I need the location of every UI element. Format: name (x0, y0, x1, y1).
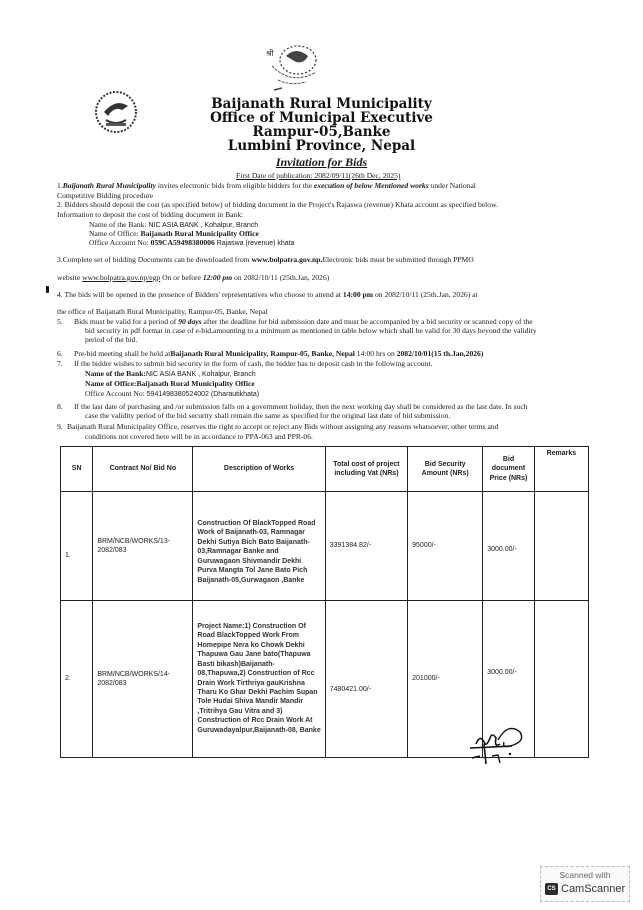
municipal-seal-icon: श्री (258, 38, 332, 98)
office-value: Baijanath Rural Municipality Office (141, 229, 259, 238)
p4-text: 4. The bids will be opened in the presen… (57, 290, 343, 299)
paragraph-4: 4. The bids will be opened in the presen… (57, 290, 478, 300)
paragraph-3: 3.Complete set of bidding Documents can … (57, 255, 474, 265)
p3-website-label: website (57, 273, 82, 282)
p5-text: Bids must be valid for a period of (74, 317, 178, 326)
header-description: Description of Works (193, 447, 325, 492)
cash-account-value: 5941498380524002 (Dharautikhata) (147, 391, 259, 398)
bids-table: SN Contract No/ Bid No Description of Wo… (60, 446, 589, 758)
header-bid-security: Bid Security Amount (NRs) (408, 447, 483, 492)
header-bid-doc-price: Bid document Price (NRs) (483, 447, 535, 492)
cash-office-line: Name of Office:Baijanath Rural Municipal… (85, 379, 255, 389)
account-label: Office Account No: (89, 238, 151, 247)
p5-text-end: after the deadline for bid submission da… (202, 317, 533, 326)
p5-days: 90 days (178, 317, 201, 326)
cash-office-value: Baijanath Rural Municipality Office (136, 379, 254, 388)
p4-time: 14:00 pm (343, 290, 373, 299)
p1-municipality: Baijanath Rural Municipality (63, 181, 156, 190)
paragraph-5-line2: bid security in pdf format in case of e-… (85, 326, 537, 336)
p3-deadline-date: on 2082/10/11 (25th.Jan, 2026) (232, 273, 329, 282)
province-name: Lumbini Province, Nepal (0, 138, 643, 154)
paragraph-2-info: Information to deposit the cost of biddi… (57, 210, 243, 220)
p5-number: 5. (57, 317, 63, 327)
signature-icon (462, 722, 532, 768)
cash-bank-label: Name of the Bank: (85, 369, 146, 378)
p7-number: 7. (57, 359, 63, 369)
table-row: 1. BRM/NCB/WORKS/13-2082/083 Constructio… (61, 492, 589, 601)
document-title: Invitation for Bids (0, 155, 643, 170)
p3-deadline-text: On or before (160, 273, 203, 282)
bolpatra-site: www.bolpatra.gov.np. (251, 255, 322, 264)
cash-bank-value: NIC ASIA BANK , Kohalpur, Branch (146, 371, 256, 378)
cash-bank-line: Name of the Bank:NIC ASIA BANK , Kohalpu… (85, 369, 256, 380)
scan-mark (46, 286, 49, 293)
cell-bid-security: 95000/- (408, 492, 483, 601)
cell-sn: 2. (61, 601, 93, 758)
cell-bid-doc-price: 3000.00/- (483, 492, 535, 601)
scanned-with-label: Scanned with (541, 870, 629, 880)
p9-number: 9. (57, 422, 63, 432)
paragraph-2: 2. Bidders should deposit the cost (as s… (57, 200, 498, 210)
header-sn: SN (61, 447, 93, 492)
cell-contract: BRM/NCB/WORKS/14-2082/083 (93, 601, 193, 758)
paragraph-5-line3: period of the bid. (85, 335, 137, 345)
header-contract: Contract No/ Bid No (93, 447, 193, 492)
p8-number: 8. (57, 402, 63, 412)
office-account-line: Office Account No: 059CA59498380006 Raja… (89, 238, 295, 249)
p6-time: 14:00 hrs on (355, 349, 397, 358)
paragraph-1: 1.Baijanath Rural Municipality invites e… (57, 181, 476, 191)
p6-date: 2082/10/01(15 th.Jan,2026) (397, 349, 484, 358)
bank-value: NIC ASIA BANK , Kohalpur, Branch (148, 222, 258, 229)
cash-office-label: Name of Office: (85, 379, 136, 388)
camscanner-name: CamScanner (561, 883, 625, 895)
cash-account-label: Office Account No: (85, 389, 147, 398)
cell-sn: 1. (61, 492, 93, 601)
egp-link[interactable]: www.bolpatra.gov.np/egp (82, 273, 160, 282)
p6-number: 6. (57, 349, 63, 359)
cell-total-cost: 7480421.00/- (325, 601, 407, 758)
cash-account-line: Office Account No: 5941498380524002 (Dha… (85, 389, 259, 400)
publication-date: First Date of publication: 2082/09/11(26… (236, 171, 400, 181)
cell-contract: BRM/NCB/WORKS/13-2082/083 (93, 492, 193, 601)
cell-description: Project Name:1) Construction Of Road Bla… (193, 601, 325, 758)
p6-venue: Baijanath Rural Municipality, Rampur-05,… (170, 349, 355, 358)
cell-remarks (534, 601, 588, 758)
cell-remarks (534, 492, 588, 601)
table-header-row: SN Contract No/ Bid No Description of Wo… (61, 447, 589, 492)
paragraph-4-line2: the office of Baijanath Rural Municipali… (57, 307, 268, 317)
header-total-cost: Total cost of project including Vat (NRs… (325, 447, 407, 492)
bid-notice-page: श्री Baijanath Rural Municipality Office… (0, 0, 643, 910)
paragraph-9-line2: conditions not covered here will be in a… (85, 432, 313, 442)
camscanner-watermark: Scanned with CS CamScanner (540, 866, 630, 902)
office-label: Name of Office: (89, 229, 141, 238)
account-suffix: Rajaswa (revenue) khata (215, 240, 295, 247)
paragraph-7: If the bidder wishes to submit bid secur… (74, 359, 433, 369)
cell-total-cost: 3391384.82/- (325, 492, 407, 601)
p1-text-end: under National (429, 181, 476, 190)
bank-label: Name of the Bank: (89, 220, 148, 229)
paragraph-6: Pre-bid meeting shall be held atBaijanat… (74, 349, 483, 359)
p3-text: 3.Complete set of bidding Documents can … (57, 255, 251, 264)
svg-text:श्री: श्री (266, 48, 275, 58)
p4-date: on 2082/10/11 (25th.Jan, 2026) at (373, 290, 478, 299)
paragraph-8-line2: case the validity period of the bid secu… (85, 411, 450, 421)
p1-text: invites electronic bids from eligible bi… (156, 181, 314, 190)
camscanner-brand: CS CamScanner (545, 883, 625, 895)
p3-deadline-time: 12:00 pm (203, 273, 232, 282)
paragraph-3-line2: website www.bolpatra.gov.np/egp On or be… (57, 273, 329, 283)
header-remarks: Remarks (534, 447, 588, 492)
paragraph-9: Baijanath Rural Municipality Office, res… (67, 422, 498, 432)
account-value: 059CA59498380006 (151, 238, 215, 247)
camscanner-logo-icon: CS (545, 883, 558, 895)
p3-text-end: Electronic bids must be submitted throug… (322, 255, 473, 264)
p6-text: Pre-bid meeting shall be held at (74, 349, 170, 358)
p1-works: execution of below Mentioned works (314, 181, 429, 190)
cell-description: Construction Of BlackTopped Road Work of… (193, 492, 325, 601)
